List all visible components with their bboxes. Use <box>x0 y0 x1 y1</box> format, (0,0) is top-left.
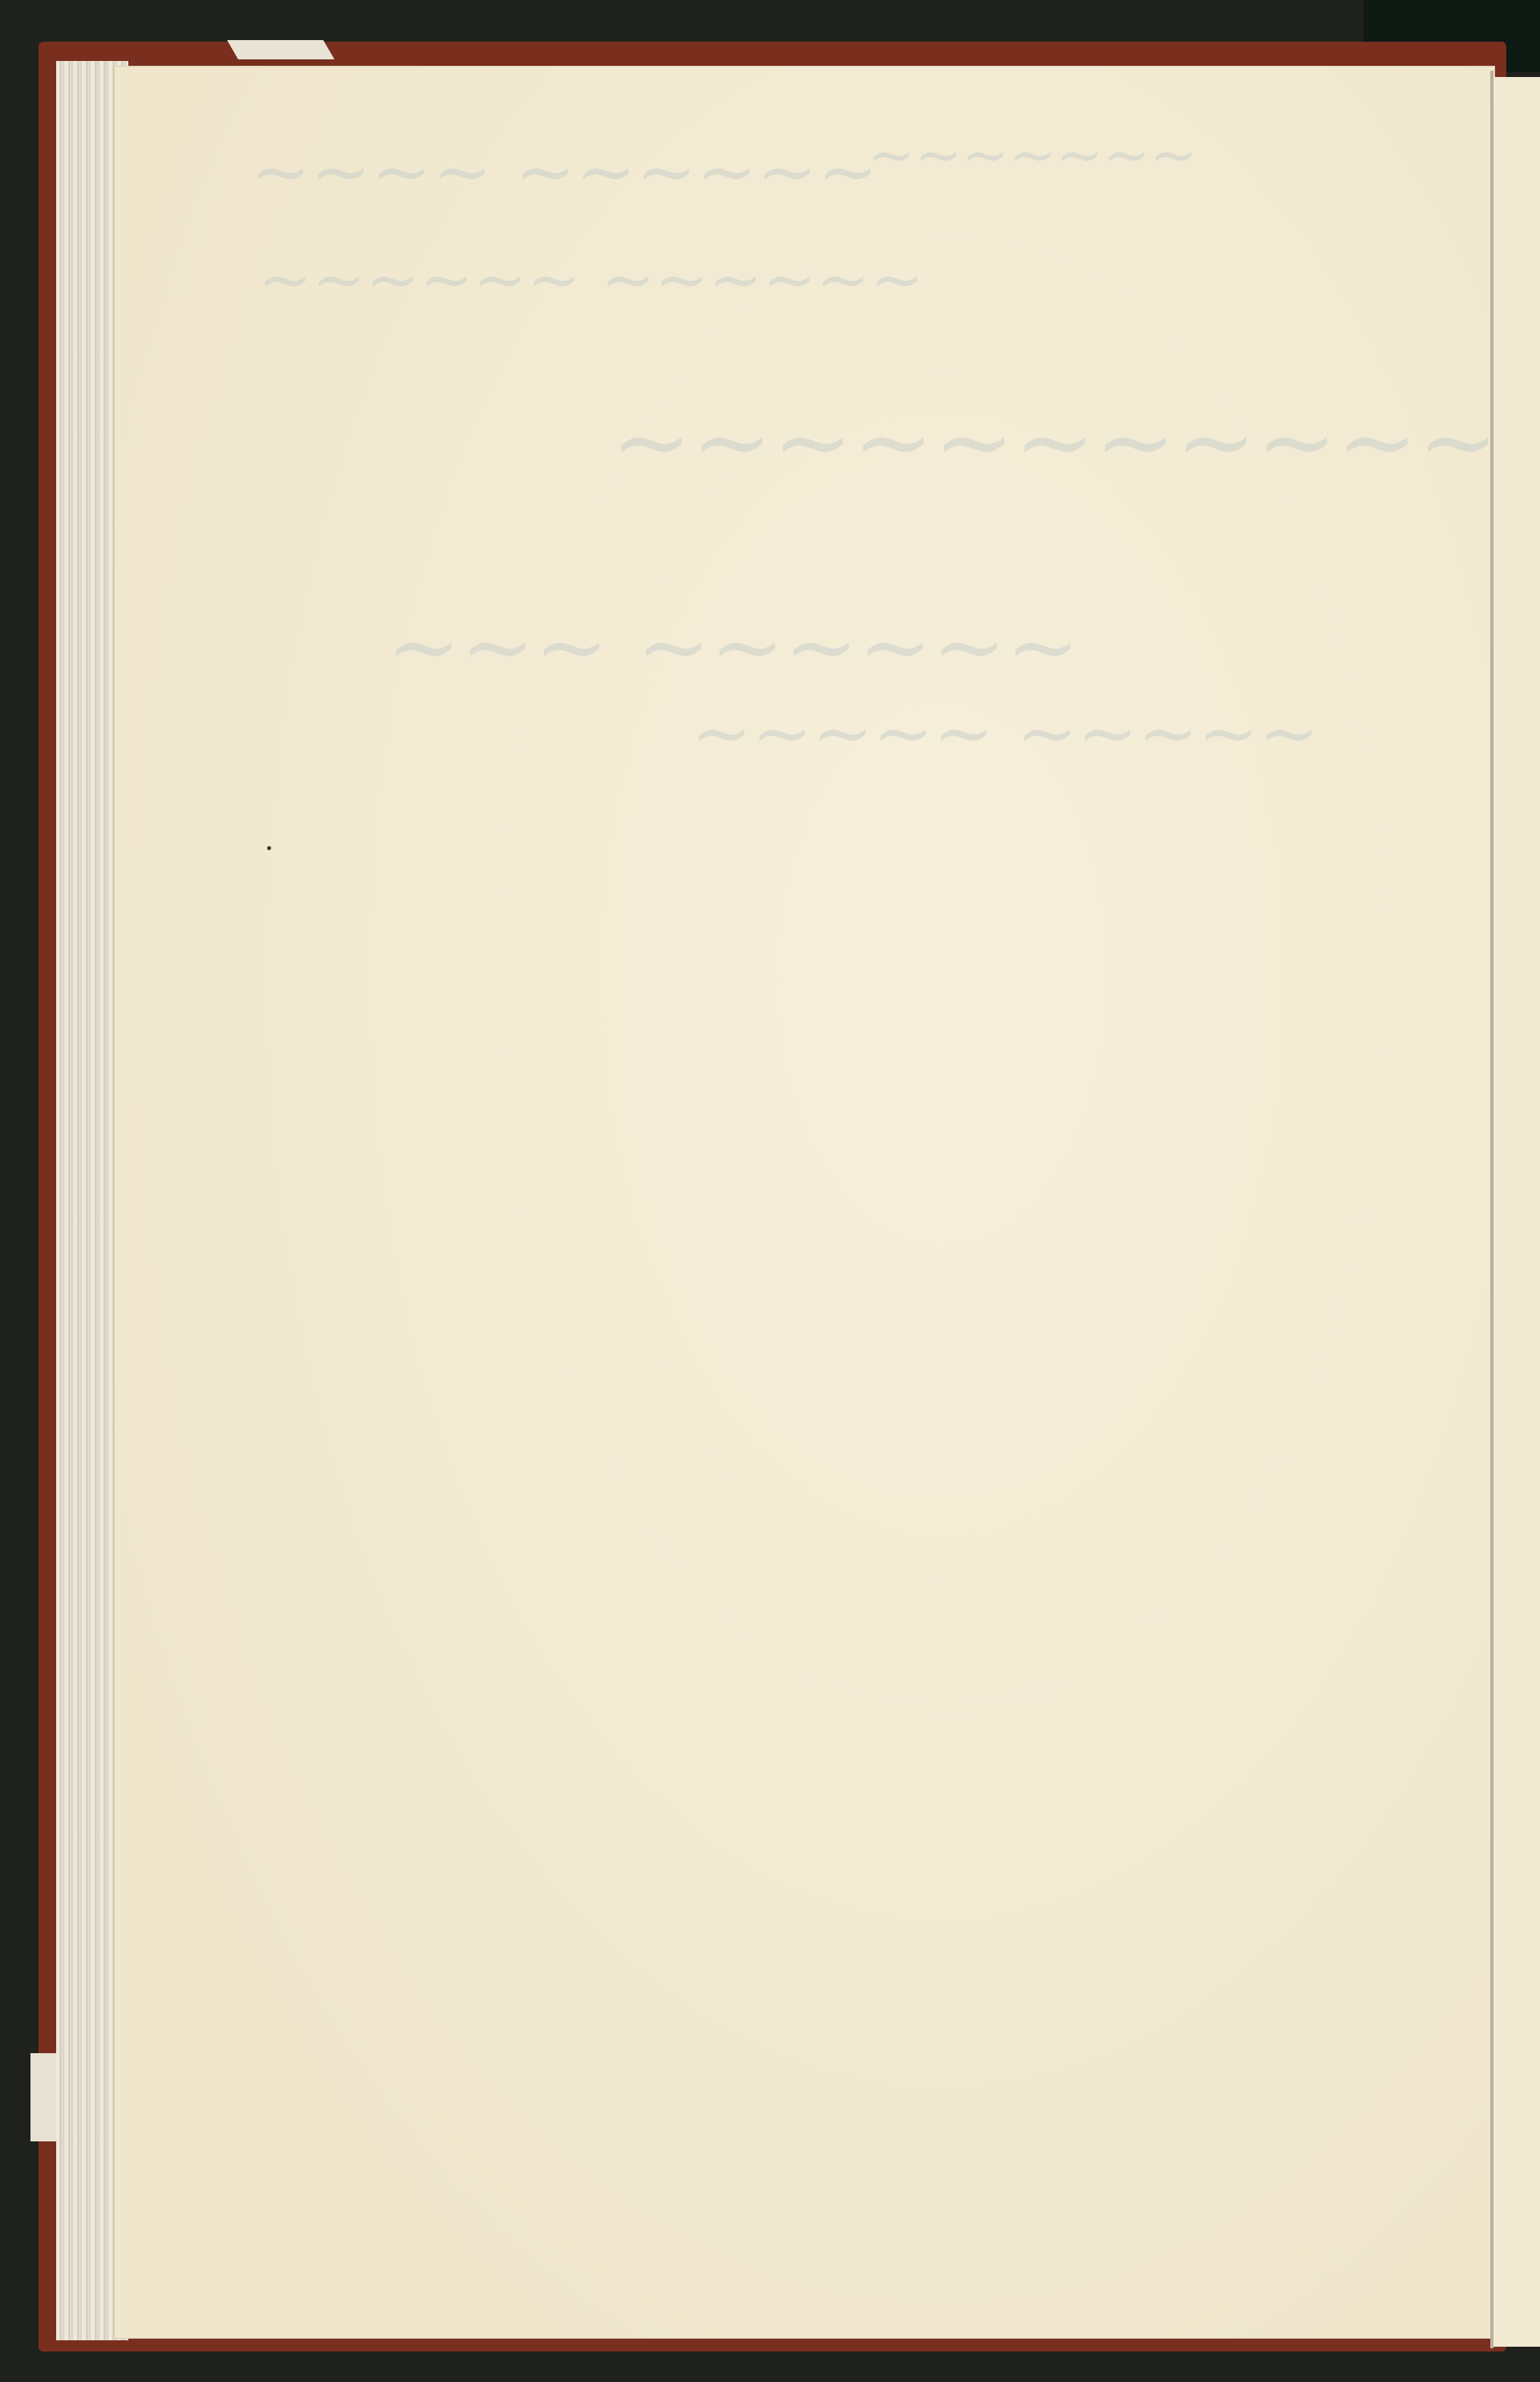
bleed-through-signature: ~~~~~~~ <box>868 122 1198 188</box>
bleed-through-signature: ~~~ ~~~~~~ <box>387 595 1080 698</box>
blank-page: ~~~~ ~~~~~~ ~~~~~~~ ~~~~~~ ~~~~~~ ~~~~~~… <box>114 66 1495 2339</box>
bleed-through-signature: ~~~~~~~~~~~ <box>611 387 1498 498</box>
bleed-through-signature: ~~~~~~ ~~~~~~ <box>258 242 924 317</box>
bleed-through-signature: ~~~~~ ~~~~~ <box>691 691 1319 776</box>
ink-speck <box>267 846 271 850</box>
facing-page-edge <box>1493 77 1540 2347</box>
bleed-through-signature: ~~~~ ~~~~~~ <box>250 130 878 214</box>
corner-paper-bottom <box>30 2053 56 2141</box>
corner-paper-top <box>227 40 334 59</box>
